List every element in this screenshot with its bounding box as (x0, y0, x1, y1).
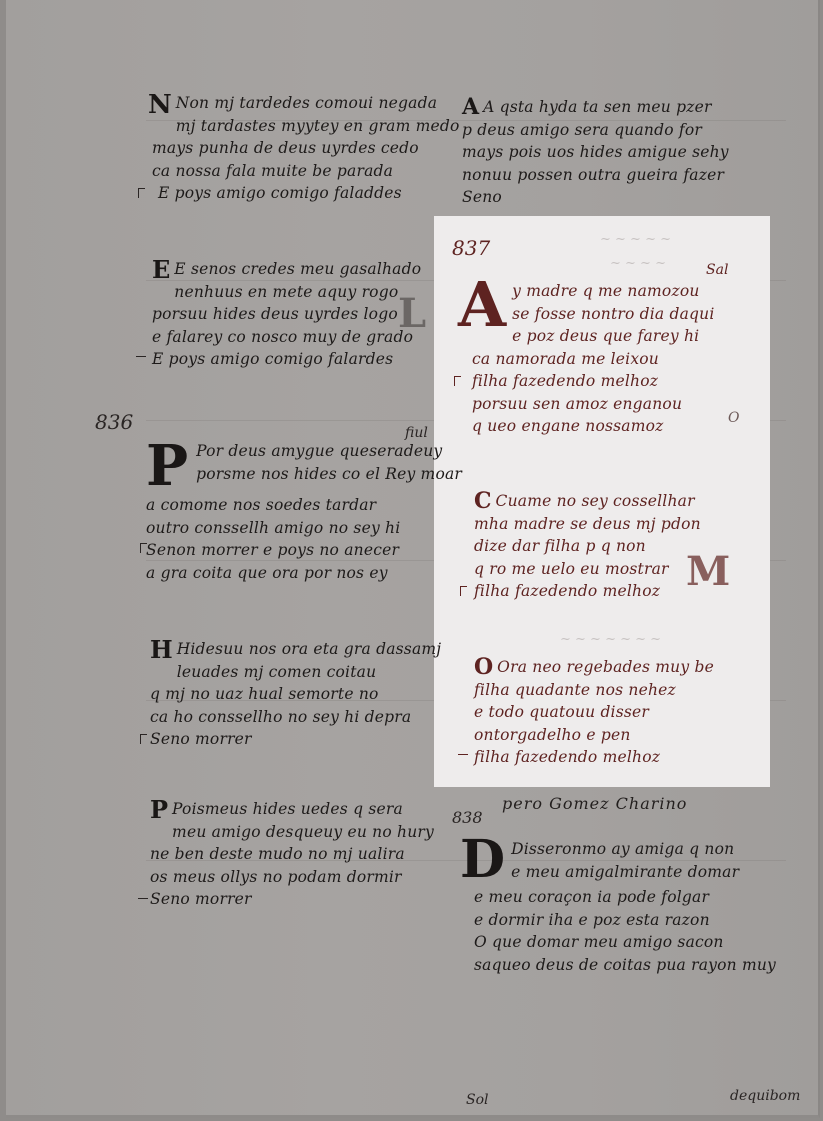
margin-symbol: O (728, 410, 739, 426)
marginal-guide-letter: L (398, 290, 426, 337)
verse-text: E poys amigo comigo falardes (152, 350, 393, 368)
verse-line: ca namorada me leixou (458, 348, 682, 371)
poem-837-stanza-3: O Ora neo regebades muy be filha quadant… (474, 656, 691, 769)
verse-text: filha fazedendo melhoz (472, 372, 658, 390)
refrain-mark (140, 543, 147, 553)
poem-837-stanza-1: A y madre q me namozou se fosse nontro d… (458, 280, 682, 438)
refrain-mark (138, 898, 148, 908)
poem-number: 837 (452, 236, 490, 260)
poem-number: 838 (452, 808, 483, 827)
poem-number: 836 (95, 410, 133, 434)
left-stanza-4: H Hidesuu nos ora eta gra dassamj leuade… (150, 638, 415, 751)
refrain-mark (454, 376, 461, 386)
refrain-line: E poys amigo comigo faladdes (148, 182, 436, 205)
refrain-line: filha fazedendo melhoz (458, 370, 682, 393)
verse-line: ontorgadelho e pen (474, 724, 691, 747)
verse-line: ca ho conssellho no sey hi depra (150, 706, 415, 729)
verse-line: q ueo engane nossamoz (458, 415, 682, 438)
refrain-mark (458, 754, 468, 764)
catchword-center: Sol (466, 1092, 489, 1108)
refrain-mark (460, 586, 467, 596)
marginal-guide-letter: M (686, 548, 730, 595)
verse-line: E senos credes meu gasalhado (152, 258, 413, 281)
decorated-initial: P (150, 798, 168, 822)
verse-line: Non mj tardedes comoui negada (148, 92, 436, 115)
decorated-initial: E (152, 258, 170, 282)
verse-line: p deus amigo sera quando for (462, 119, 729, 142)
bleed-through-text: ~ ~ ~ ~ ~ (600, 232, 671, 247)
verse-line: nonuu possen outra gueira fazer (462, 164, 729, 187)
refrain-mark (138, 188, 145, 198)
verse-text: Seno morrer (150, 730, 252, 748)
refrain-line: filha fazedendo melhoz (474, 746, 691, 769)
verse-line: e todo quatouu disser (474, 701, 691, 724)
verse-line: dize dar filha p q non (474, 535, 701, 558)
verse-line: leuades mj comen coitau (150, 661, 415, 684)
decorated-initial: A (462, 96, 479, 118)
decorated-initial: A (458, 274, 506, 336)
verse-text: filha fazedendo melhoz (474, 748, 660, 766)
verse-text: E poys amigo comigo faladdes (158, 184, 402, 202)
verse-line: e meu amigalmirante domar (460, 861, 776, 884)
margin-annotation: fiul (405, 425, 428, 441)
verse-line: os meus ollys no podam dormir (150, 866, 412, 889)
verse-line: filha quadante nos nehez (474, 679, 691, 702)
verse-line: meu amigo desqueuy eu no hury (150, 821, 412, 844)
decorated-initial: N (148, 92, 172, 118)
verse-line: mha madre se deus mj pdon (474, 513, 701, 536)
verse-line: saqueo deus de coitas pua rayon muy (460, 954, 776, 977)
verse-line: Hidesuu nos ora eta gra dassamj (150, 638, 415, 661)
decorated-initial: P (146, 438, 188, 494)
verse-line: e meu coraçon ia pode folgar (460, 886, 776, 909)
right-stanza-1: A A qsta hyda ta sen meu pzer p deus ami… (462, 96, 729, 209)
decorated-initial: O (474, 656, 493, 678)
verse-line: a comome nos soedes tardar (146, 494, 412, 517)
verse-line: ca nossa fala muite be parada (148, 160, 436, 183)
left-stanza-5: P Poismeus hides uedes q sera meu amigo … (150, 798, 412, 911)
margin-annotation: Sal (706, 262, 728, 278)
verse-line: porsuu sen amoz enganou (458, 393, 682, 416)
refrain-line: Senon morrer e poys no anecer (146, 539, 412, 562)
verse-text: Seno morrer (150, 890, 252, 908)
poem-838-stanza-1: D Disseronmo ay amiga q non e meu amigal… (460, 838, 776, 976)
refrain-line: filha fazedendo melhoz (474, 580, 701, 603)
verse-line: Disseronmo ay amiga q non (460, 838, 776, 861)
refrain-line: Seno morrer (150, 728, 415, 751)
decorated-initial: D (460, 834, 505, 886)
verse-line: mj tardastes myytey en gram medo (148, 115, 436, 138)
refrain-mark (136, 356, 146, 366)
verse-line: Seno (462, 186, 729, 209)
decorated-initial: H (150, 638, 173, 662)
verse-line: q mj no uaz hual semorte no (150, 683, 415, 706)
bleed-through-text: ~ ~ ~ ~ ~ ~ ~ (560, 632, 661, 647)
verse-line: Cuame no sey cossellhar (474, 490, 701, 513)
verse-line: A qsta hyda ta sen meu pzer (462, 96, 729, 119)
refrain-mark (140, 734, 147, 744)
verse-line: outro conssellh amigo no sey hi (146, 517, 412, 540)
verse-line: e falarey co nosco muy de grado (152, 326, 413, 349)
verse-line: mays punha de deus uyrdes cedo (148, 137, 436, 160)
poem-837-stanza-2: C Cuame no sey cossellhar mha madre se d… (474, 490, 701, 603)
author-attribution: pero Gomez Charino (502, 794, 687, 813)
verse-line: q ro me uelo eu mostrar (474, 558, 701, 581)
left-stanza-1: N Non mj tardedes comoui negada mj tarda… (148, 92, 436, 205)
verse-line: e dormir iha e poz esta razon (460, 909, 776, 932)
verse-line: Ora neo regebades muy be (474, 656, 691, 679)
verse-line: ne ben deste mudo no mj ualira (150, 843, 412, 866)
verse-line: Poismeus hides uedes q sera (150, 798, 412, 821)
verse-line: O que domar meu amigo sacon (460, 931, 776, 954)
decorated-initial: C (474, 490, 492, 512)
bleed-through-text: ~ ~ ~ ~ (610, 256, 666, 271)
refrain-line: Seno morrer (150, 888, 412, 911)
refrain-line: E poys amigo comigo falardes (152, 348, 413, 371)
catchword-right: dequibom (730, 1088, 800, 1104)
verse-line: porsuu hides deus uyrdes logo (152, 303, 413, 326)
left-stanza-2: E E senos credes meu gasalhado nenhuus e… (152, 258, 413, 371)
left-stanza-3-poem-836: P Por deus amygue queseradeuy porsme nos… (146, 440, 412, 584)
verse-line: mays pois uos hides amigue sehy (462, 141, 729, 164)
verse-line: nenhuus en mete aquy rogo (152, 281, 413, 304)
verse-text: filha fazedendo melhoz (474, 582, 660, 600)
verse-text: Senon morrer e poys no anecer (146, 541, 399, 559)
verse-line: a gra coita que ora por nos ey (146, 562, 412, 585)
